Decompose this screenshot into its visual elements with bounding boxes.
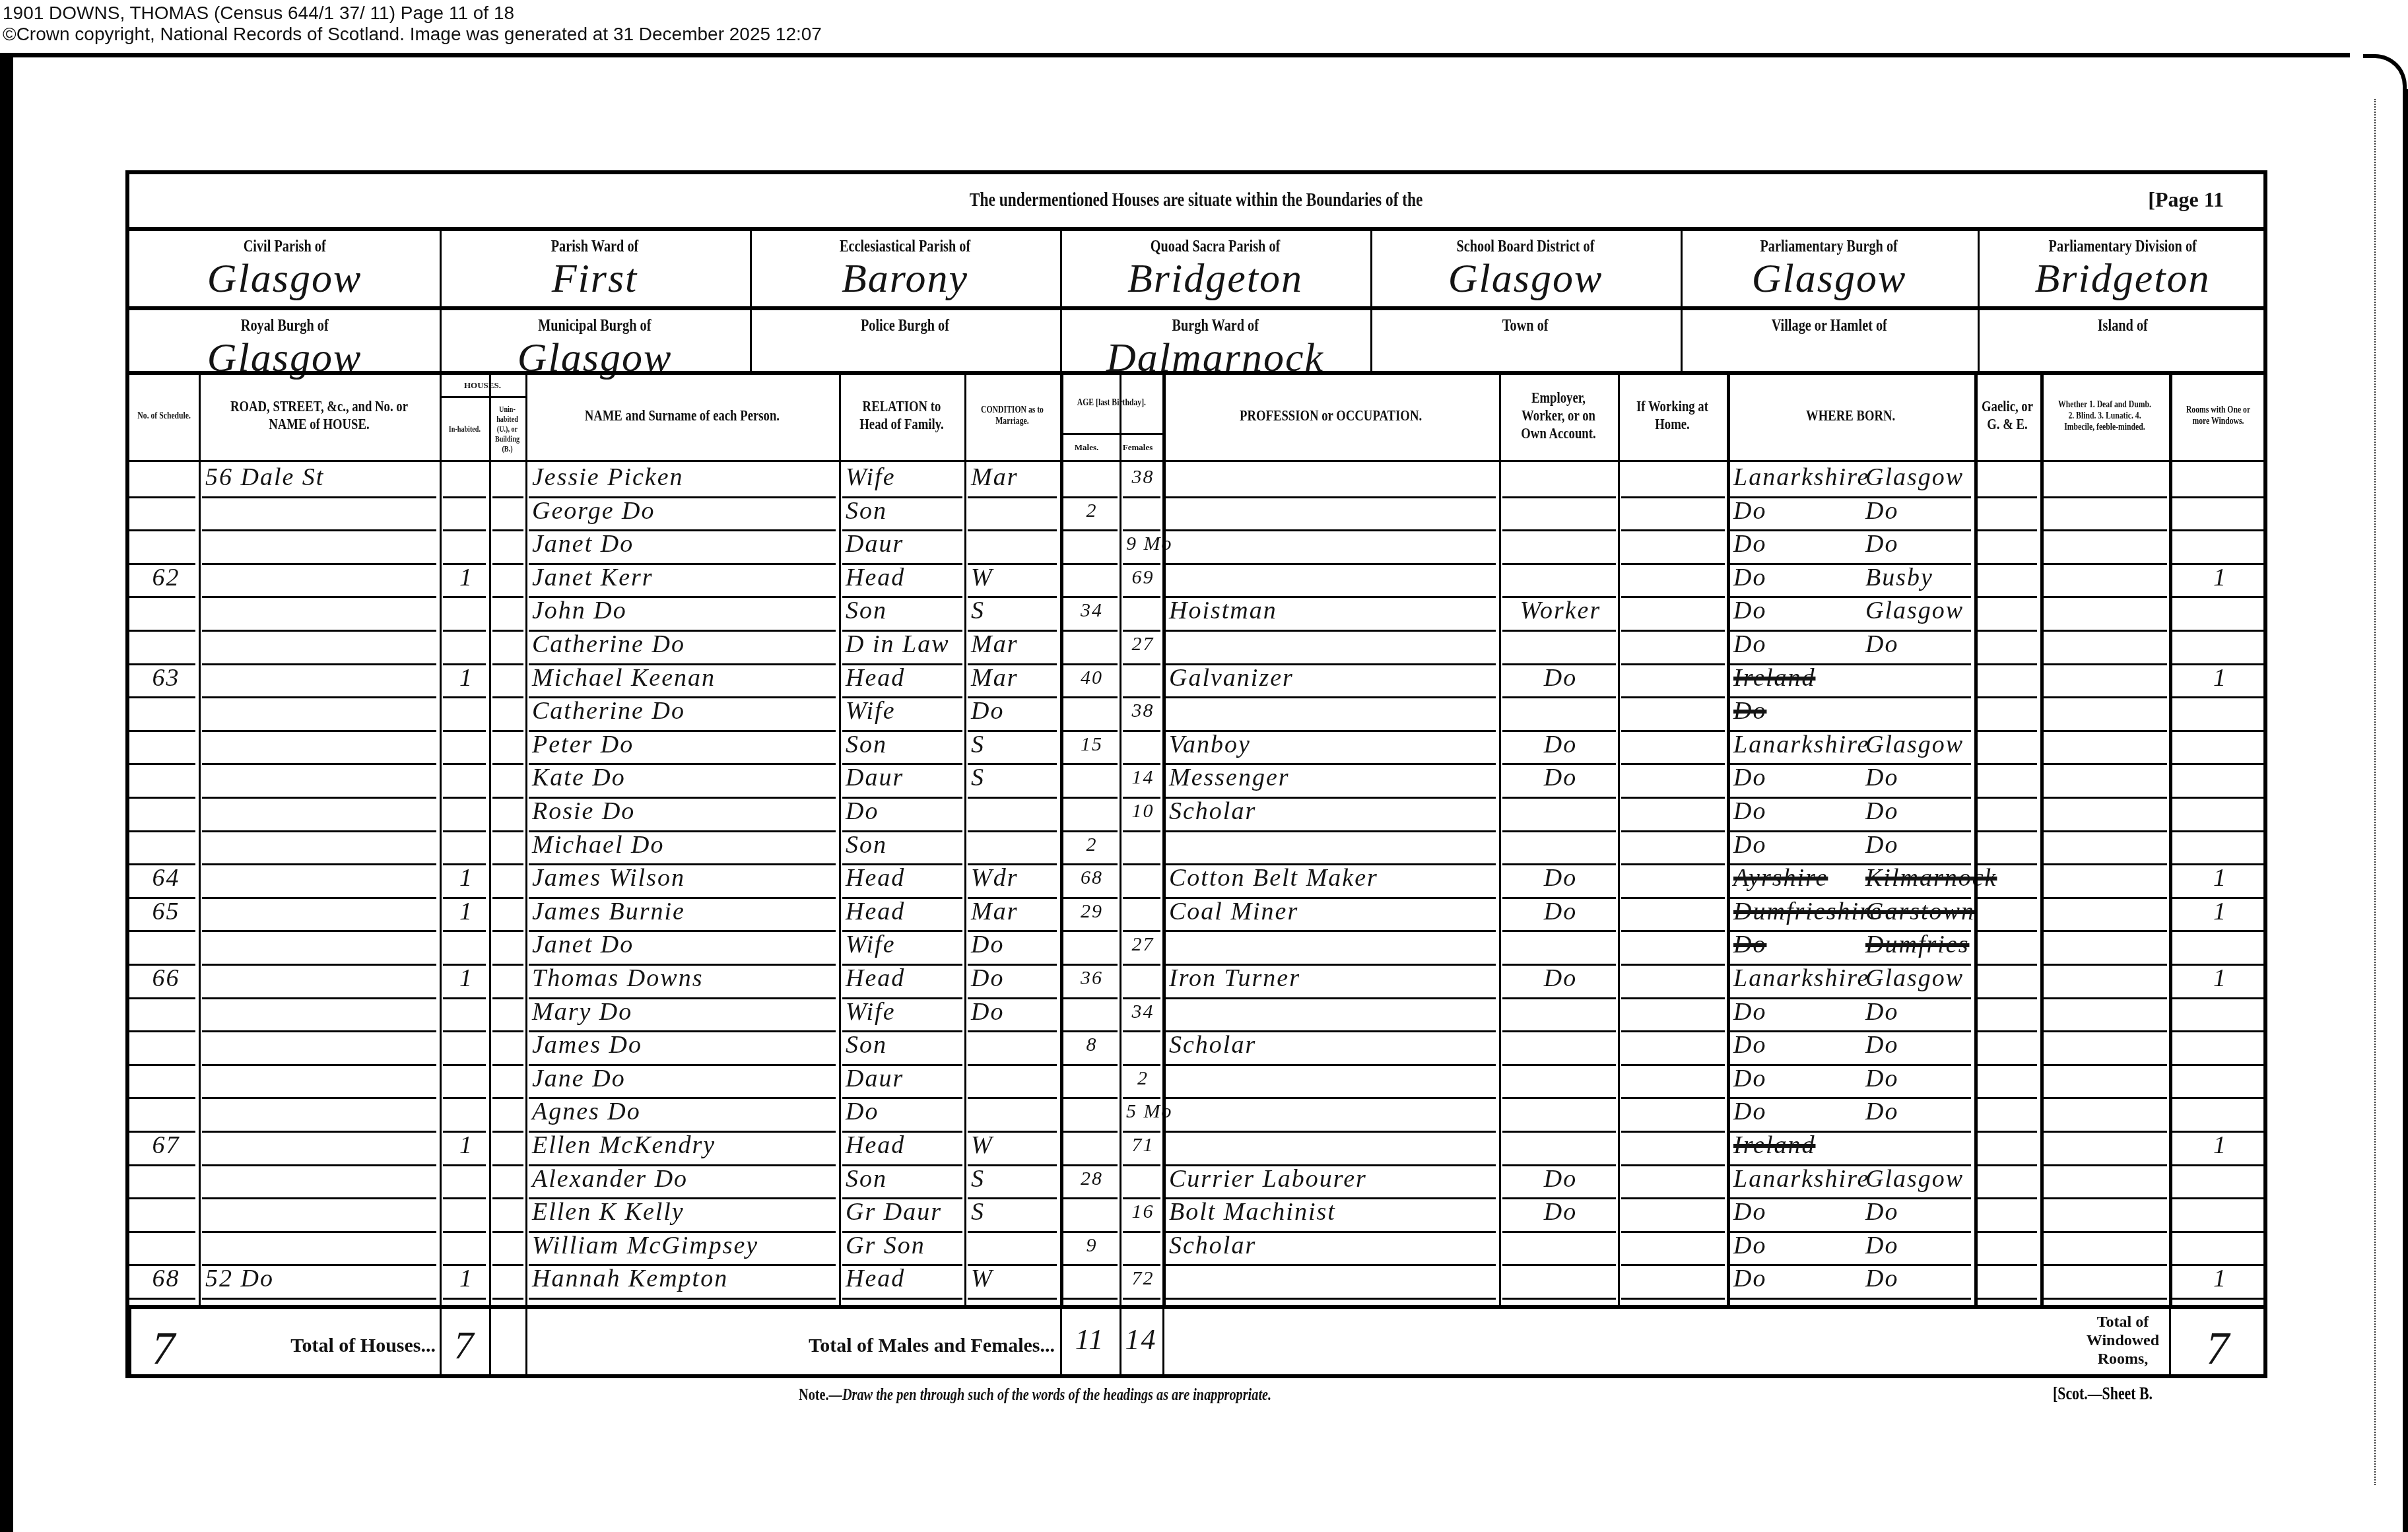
male-age [1067,995,1117,1028]
female-age: 38 [1126,694,1160,727]
female-age: 69 [1126,561,1160,594]
inhabited-count [446,928,486,961]
admin-field-parish-ward-of: Parish Ward ofFirst [440,236,750,300]
relation-to-head: Head [846,962,962,995]
person-name: William McGimpsey [532,1229,836,1262]
windowed-rooms [2176,795,2265,828]
male-age: 9 [1067,1229,1117,1262]
female-age: 71 [1126,1129,1160,1162]
birth-place: Do [1865,761,1972,794]
divider [129,1305,2263,1309]
occupation [1169,1062,1496,1095]
person-name: James Wilson [532,861,836,894]
female-age: 27 [1126,628,1160,661]
row-rule [492,1298,523,1300]
admin-field-civil-parish-of: Civil Parish ofGlasgow [129,236,440,300]
occupation: Coal Miner [1169,895,1496,928]
birth-place: Do [1865,795,1972,828]
inhabited-count [446,761,486,794]
marital-condition: Do [971,694,1057,727]
birth-place: Do [1865,494,1972,527]
row-rule [1063,1298,1118,1300]
sheet-label: [Scot.—Sheet B. [2053,1383,2181,1405]
male-age: 34 [1067,594,1117,627]
relation-to-head: Son [846,728,962,761]
male-age [1067,1062,1117,1095]
divider [1060,433,1162,435]
male-age: 2 [1067,828,1117,861]
house-address [205,694,437,727]
page-number: [Page 11 [2148,187,2224,212]
column-header-born: WHERE BORN. [1727,374,1974,458]
table-row: Alexander DoSonS28Currier LabourerDoLana… [129,1166,2267,1200]
occupation [1169,1129,1496,1162]
windowed-rooms: 1 [2176,861,2265,894]
female-age: 72 [1126,1262,1160,1295]
inhabited-count [446,628,486,661]
table-row: 641James WilsonHeadWdr68Cotton Belt Make… [129,865,2267,899]
male-age [1067,1095,1117,1128]
row-rule [129,1298,195,1300]
relation-to-head: Do [846,795,962,828]
birth-place [1865,661,1972,694]
schedule-number [136,828,196,861]
relation-to-head: Wife [846,694,962,727]
male-age: 2 [1067,494,1117,527]
marital-condition: Do [971,962,1057,995]
male-age [1067,1195,1117,1228]
admin-label: Municipal Burgh of [440,316,750,335]
marital-condition: W [971,1129,1057,1162]
house-address [205,494,437,527]
female-age [1126,895,1160,928]
admin-field-village-or-hamlet-of: Village or Hamlet of [1681,316,1978,337]
occupation [1169,828,1496,861]
schedule-number [136,761,196,794]
row-rule [968,1298,1057,1300]
admin-field-municipal-burgh-of: Municipal Burgh ofGlasgow [440,316,750,379]
male-age [1067,694,1117,727]
occupation: Currier Labourer [1169,1162,1496,1195]
person-name: James Do [532,1028,836,1061]
windowed-rooms [2176,1229,2265,1262]
employment-status: Do [1506,962,1615,995]
marital-condition: Wdr [971,861,1057,894]
column-divider [1120,372,1121,1305]
male-age [1067,1262,1117,1295]
divider [1060,309,1062,371]
female-age [1126,1028,1160,1061]
marital-condition: Do [971,995,1057,1028]
house-address [205,527,437,560]
birth-county: Ayrshire [1733,861,1856,894]
column-header-males: Males. [1060,436,1113,458]
scan-edge-left [0,53,13,1532]
column-header-gaelic: Gaelic, or G. & E. [1974,374,2040,458]
admin-label: Civil Parish of [129,236,440,256]
table-row: John DoSonS34HoistmanWorkerDoGlasgow [129,598,2267,632]
birth-place: Do [1865,1262,1972,1295]
column-divider [489,372,491,1305]
windowed-rooms: 1 [2176,661,2265,694]
relation-to-head: Son [846,1028,962,1061]
inhabited-count [446,1195,486,1228]
employment-status [1506,1262,1615,1295]
house-address [205,628,437,661]
admin-value: Bridgeton [1060,257,1370,300]
column-header-schedule: No. of Schedule. [129,374,199,458]
windowed-rooms [2176,1062,2265,1095]
table-row: Janet DoDaur9 MoDoDo [129,531,2267,565]
employment-status [1506,795,1615,828]
occupation [1169,1095,1496,1128]
admin-label: Police Burgh of [750,316,1060,335]
birth-county: Do [1733,694,1856,727]
occupation: Hoistman [1169,594,1496,627]
schedule-number [136,494,196,527]
windowed-rooms [2176,1028,2265,1061]
house-address [205,1195,437,1228]
admin-field-ecclesiastical-parish-of: Ecclesiastical Parish ofBarony [750,236,1060,300]
occupation [1169,561,1496,594]
column-divider [199,372,201,1305]
house-address [205,795,437,828]
house-address [205,995,437,1028]
person-name: George Do [532,494,836,527]
schedule-number [136,1062,196,1095]
inhabited-count [446,795,486,828]
table-row: 661Thomas DownsHeadDo36Iron TurnerDoLana… [129,966,2267,999]
employment-status: Do [1506,861,1615,894]
admin-field-school-board-district-of: School Board District ofGlasgow [1370,236,1681,300]
birth-place: Do [1865,1195,1972,1228]
occupation [1169,494,1496,527]
person-name: Ellen McKendry [532,1129,836,1162]
table-row: Kate DoDaurS14MessengerDoDoDo [129,765,2267,799]
birth-place: Glasgow [1865,461,1972,494]
admin-field-parliamentary-division-of: Parliamentary Division ofBridgeton [1978,236,2267,300]
occupation: Iron Turner [1169,962,1496,995]
birth-place: Glasgow [1865,1162,1972,1195]
birth-place: Garstown [1865,895,1972,928]
birth-county: Do [1733,494,1856,527]
admin-value: Bridgeton [1978,257,2267,300]
column-divider [1499,372,1501,1305]
employment-status [1506,527,1615,560]
occupation [1169,694,1496,727]
employment-status [1506,561,1615,594]
inhabited-count [446,1229,486,1262]
windowed-rooms [2176,728,2265,761]
row-rule [1502,1298,1616,1300]
schedule-number [136,461,196,494]
relation-to-head: Wife [846,928,962,961]
occupation [1169,461,1496,494]
table-row: Peter DoSonS15VanboyDoLanarkshireGlasgow [129,732,2267,766]
occupation: Vanboy [1169,728,1496,761]
relation-to-head: Head [846,895,962,928]
column-divider [1727,372,1730,1305]
occupation [1169,527,1496,560]
male-age: 29 [1067,895,1117,928]
male-age: 28 [1067,1162,1117,1195]
windowed-rooms [2176,761,2265,794]
windowed-rooms: 1 [2176,1262,2265,1295]
schedule-number [136,1229,196,1262]
house-address [205,895,437,928]
person-name: James Burnie [532,895,836,928]
divider [750,230,752,306]
employment-status: Do [1506,661,1615,694]
divider [1681,309,1683,371]
employment-status [1506,494,1615,527]
table-row: 621Janet KerrHeadW69DoBusby1 [129,565,2267,599]
marital-condition: S [971,1195,1057,1228]
house-address [205,828,437,861]
table-row: Catherine DoWifeDo38Do [129,698,2267,732]
caption-line-1: 1901 DOWNS, THOMAS (Census 644/1 37/ 11)… [3,3,514,24]
employment-status: Do [1506,1195,1615,1228]
divider [440,309,442,371]
column-header-employer: Employer, Worker, or on Own Account. [1499,374,1618,458]
admin-label: Island of [1978,316,2267,335]
total-houses-label: Total of Houses... [199,1335,440,1357]
house-address [205,594,437,627]
employment-status [1506,828,1615,861]
male-age: 40 [1067,661,1117,694]
schedule-number: 64 [136,861,196,894]
house-address [205,661,437,694]
admin-label: Town of [1370,316,1681,335]
birth-county: Lanarkshire [1733,962,1856,995]
marital-condition [971,527,1057,560]
schedule-number [136,928,196,961]
birth-county: Do [1733,1028,1856,1061]
schedule-number [136,527,196,560]
divider [2169,1305,2171,1378]
admin-label: Burgh Ward of [1060,316,1370,335]
marital-condition [971,1229,1057,1262]
windowed-rooms [2176,1195,2265,1228]
house-address [205,928,437,961]
inhabited-count [446,494,486,527]
windowed-rooms [2176,1095,2265,1128]
person-name: Janet Do [532,928,836,961]
marital-condition: S [971,1162,1057,1195]
column-header-road: ROAD, STREET, &c., and No. or NAME of HO… [199,374,440,458]
male-age: 8 [1067,1028,1117,1061]
birth-county: Do [1733,1262,1856,1295]
admin-label: Parish Ward of [440,236,750,256]
relation-to-head: Daur [846,527,962,560]
divider [1060,230,1062,306]
form-title: The undermentioned Houses are situate wi… [129,189,2263,211]
birth-county: Do [1733,628,1856,661]
female-age: 34 [1126,995,1160,1028]
column-divider [1162,372,1166,1305]
employment-status [1506,1229,1615,1262]
occupation: Bolt Machinist [1169,1195,1496,1228]
schedule-number [136,594,196,627]
admin-label: Royal Burgh of [129,316,440,335]
admin-label: Quoad Sacra Parish of [1060,236,1370,256]
person-name: Michael Keenan [532,661,836,694]
birth-place: Glasgow [1865,594,1972,627]
column-header-occupation: PROFESSION or OCCUPATION. [1162,374,1499,458]
male-age [1067,1129,1117,1162]
table-row: Catherine DoD in LawMar27DoDo [129,632,2267,665]
person-name: Mary Do [532,995,836,1028]
table-row: Rosie DoDo10ScholarDoDo [129,799,2267,832]
marital-condition: S [971,728,1057,761]
scan-edge-right [2403,89,2408,1532]
female-age [1126,494,1160,527]
table-row: George DoSon2DoDo [129,498,2267,532]
divider [1120,1305,1121,1378]
birth-place: Do [1865,1028,1972,1061]
admin-field-royal-burgh-of: Royal Burgh ofGlasgow [129,316,440,379]
house-address [205,761,437,794]
male-age: 68 [1067,861,1117,894]
table-row: Janet DoWifeDo27DoDumfries [129,932,2267,966]
census-form: The undermentioned Houses are situate wi… [125,170,2267,1378]
person-name: Michael Do [532,828,836,861]
female-age: 2 [1126,1062,1160,1095]
birth-place: Dumfries [1865,928,1972,961]
inhabited-count [446,995,486,1028]
female-age [1126,728,1160,761]
birth-county: Do [1733,561,1856,594]
relation-to-head: Son [846,494,962,527]
total-females: 14 [1120,1323,1162,1356]
person-name: Thomas Downs [532,962,836,995]
house-address [205,728,437,761]
marital-condition [971,795,1057,828]
birth-place: Glasgow [1865,728,1972,761]
admin-label: Parliamentary Burgh of [1681,236,1978,256]
column-divider [964,372,966,1305]
marital-condition: Mar [971,628,1057,661]
row-rule [1978,1298,2037,1300]
row-rule [842,1298,962,1300]
column-divider [1618,372,1620,1305]
column-header-name: NAME and Surname of each Person. [525,374,839,458]
footer-note: Note.—Draw the pen through such of the w… [799,1385,1405,1405]
relation-to-head: Head [846,1129,962,1162]
marital-condition [971,1062,1057,1095]
marital-condition [971,494,1057,527]
schedule-number: 67 [136,1129,196,1162]
birth-place: Do [1865,1095,1972,1128]
column-header-age: AGE [last Birthday]. [1060,374,1162,432]
inhabited-count: 1 [446,895,486,928]
total-rooms-label: Total of Windowed Rooms, [2077,1313,2169,1368]
relation-to-head: Gr Son [846,1229,962,1262]
house-address [205,1028,437,1061]
marital-condition: Do [971,928,1057,961]
marital-condition: S [971,594,1057,627]
marital-condition: W [971,561,1057,594]
employment-status: Worker [1506,594,1615,627]
inhabited-count [446,594,486,627]
birth-place: Do [1865,1062,1972,1095]
house-address: 52 Do [205,1262,437,1295]
person-name: Kate Do [532,761,836,794]
house-address [205,561,437,594]
total-schedules: 7 [129,1323,199,1376]
table-row: 56 Dale StJessie PickenWifeMar38Lanarksh… [129,465,2267,498]
schedule-number [136,1028,196,1061]
female-age: 27 [1126,928,1160,961]
windowed-rooms [2176,995,2265,1028]
windowed-rooms [2176,1162,2265,1195]
schedule-number [136,1162,196,1195]
scan-edge-corner [2363,54,2407,98]
occupation [1169,1262,1496,1295]
birth-place: Do [1865,1229,1972,1262]
column-divider [1974,372,1978,1305]
column-header-rooms: Rooms with One or more Windows. [2169,374,2267,458]
relation-to-head: Wife [846,461,962,494]
male-age [1067,761,1117,794]
birth-county: Lanarkshire [1733,461,1856,494]
schedule-number: 68 [136,1262,196,1295]
row-rule [1621,1298,1725,1300]
divider [1370,230,1372,306]
employment-status [1506,1028,1615,1061]
schedule-number [136,728,196,761]
birth-place: Kilmarnock [1865,861,1972,894]
person-name: Jessie Picken [532,461,836,494]
birth-county: Do [1733,828,1856,861]
occupation: Scholar [1169,1229,1496,1262]
inhabited-count [446,1162,486,1195]
windowed-rooms [2176,828,2265,861]
schedule-number [136,795,196,828]
schedule-number [136,1095,196,1128]
windowed-rooms [2176,694,2265,727]
employment-status [1506,694,1615,727]
house-address [205,1162,437,1195]
table-row: James DoSon8ScholarDoDo [129,1032,2267,1066]
row-rule [443,1298,486,1300]
relation-to-head: Daur [846,1062,962,1095]
male-age: 15 [1067,728,1117,761]
employment-status [1506,1095,1615,1128]
birth-county: Ireland [1733,1129,1856,1162]
birth-place: Do [1865,828,1972,861]
occupation: Cotton Belt Maker [1169,861,1496,894]
male-age [1067,795,1117,828]
column-header-infirmity: Whether 1. Deaf and Dumb. 2. Blind. 3. L… [2040,374,2169,458]
divider [1162,1305,1164,1378]
column-divider [839,372,841,1305]
admin-value: Glasgow [1370,257,1681,300]
admin-field-town-of: Town of [1370,316,1681,337]
table-row: 6852 Do1Hannah KemptonHeadW72DoDo1 [129,1266,2267,1300]
person-name: Alexander Do [532,1162,836,1195]
person-name: Rosie Do [532,795,836,828]
divider [129,306,2263,310]
inhabited-count [446,1028,486,1061]
admin-value: First [440,257,750,300]
schedule-number: 66 [136,962,196,995]
inhabited-count: 1 [446,1129,486,1162]
birth-county: Do [1733,1195,1856,1228]
column-divider [2040,372,2044,1305]
house-address [205,1129,437,1162]
person-name: Hannah Kempton [532,1262,836,1295]
